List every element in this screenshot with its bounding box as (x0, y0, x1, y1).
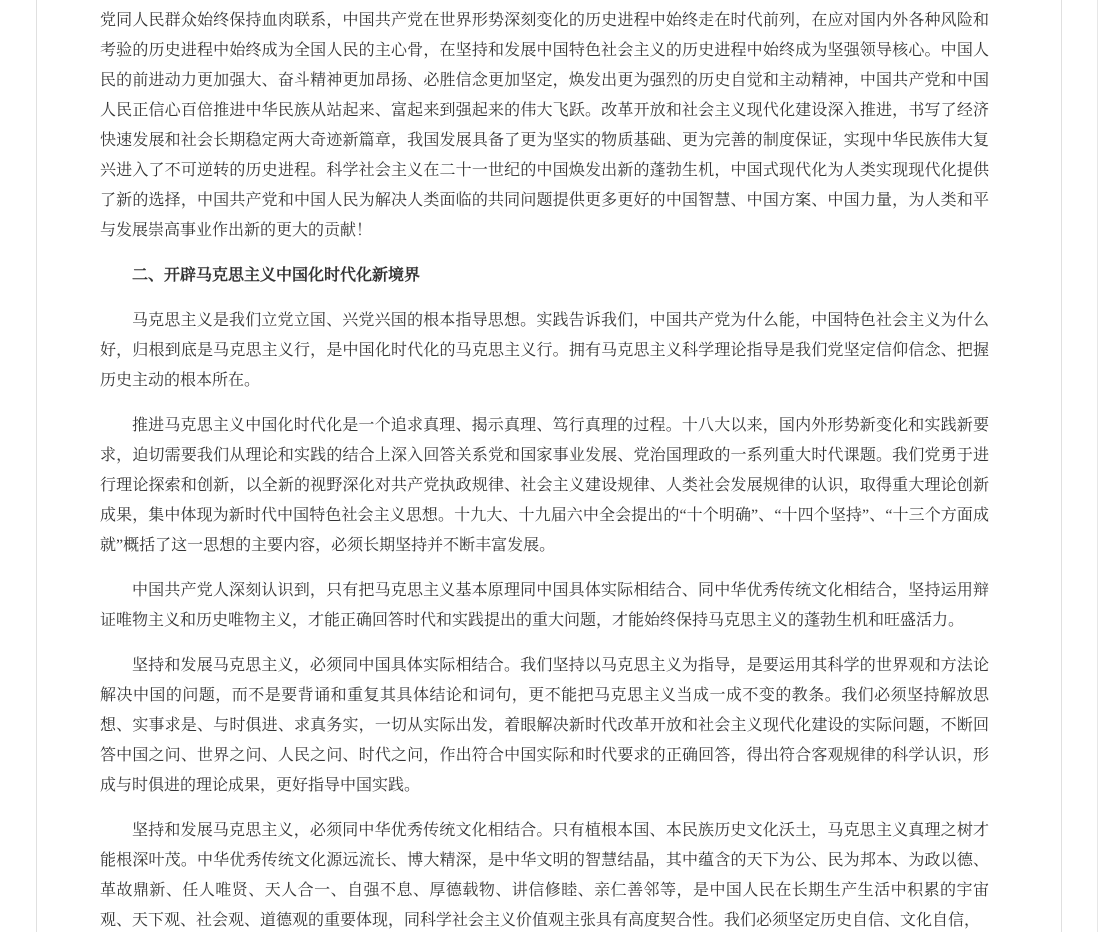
paragraph: 坚持和发展马克思主义，必须同中华优秀传统文化相结合。只有植根本国、本民族历史文化… (100, 816, 989, 932)
article-body: 党同人民群众始终保持血肉联系，中国共产党在世界形势深刻变化的历史进程中始终走在时… (37, 6, 1061, 932)
paragraph-continued: 党同人民群众始终保持血肉联系，中国共产党在世界形势深刻变化的历史进程中始终走在时… (100, 6, 989, 246)
paragraph: 中国共产党人深刻认识到，只有把马克思主义基本原理同中国具体实际相结合、同中华优秀… (100, 576, 989, 636)
paragraph: 马克思主义是我们立党立国、兴党兴国的根本指导思想。实践告诉我们，中国共产党为什么… (100, 306, 989, 396)
page-right-edge-line (1097, 0, 1098, 932)
paragraph: 坚持和发展马克思主义，必须同中国具体实际相结合。我们坚持以马克思主义为指导，是要… (100, 651, 989, 801)
paragraph: 推进马克思主义中国化时代化是一个追求真理、揭示真理、笃行真理的过程。十八大以来，… (100, 411, 989, 561)
page-background: 党同人民群众始终保持血肉联系，中国共产党在世界形势深刻变化的历史进程中始终走在时… (0, 0, 1100, 932)
article-container: 党同人民群众始终保持血肉联系，中国共产党在世界形势深刻变化的历史进程中始终走在时… (36, 0, 1062, 932)
section-heading: 二、开辟马克思主义中国化时代化新境界 (100, 261, 989, 291)
